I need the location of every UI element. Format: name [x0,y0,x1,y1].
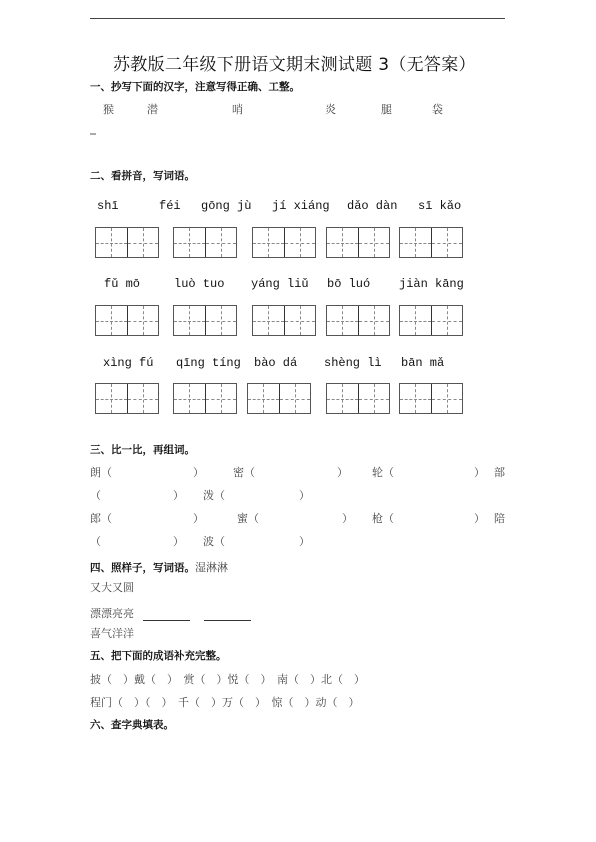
section-3-heading: 三、比一比，再组词。 [90,442,195,457]
compare-item: 朗（ [90,464,112,480]
answer-blank[interactable]: ） [173,533,184,549]
pinyin-label: xìng fú [103,356,153,370]
copy-char: 炎 [325,101,336,117]
pattern-word: 漂漂亮亮 [90,607,134,620]
section-1-heading: 一、抄写下面的汉字，注意写得正确、工整。 [90,79,300,94]
pinyin-label: bō luó [327,277,370,291]
answer-blank[interactable]: ） [337,464,348,480]
compare-item: 泼（ [203,487,225,503]
pattern-row: 漂漂亮亮 [90,602,251,621]
section-6-heading: 六、查字典填表。 [90,717,174,732]
header-rule [90,18,505,19]
pinyin-label: sī kǎo [418,199,461,213]
pinyin-label: bān mǎ [401,356,444,370]
answer-line[interactable] [143,609,190,621]
answer-blank[interactable]: ） [474,510,485,526]
compare-item: 密（ [233,464,255,480]
pattern-word: 又大又圆 [90,579,134,595]
writing-grid[interactable] [173,305,237,336]
answer-blank[interactable]: （ [90,533,101,549]
pinyin-label: féi [159,199,181,213]
page-title: 苏教版二年级下册语文期末测试题 3（无答案） [113,50,476,75]
section-2-heading: 二、看拼音，写词语。 [90,168,195,183]
answer-blank[interactable]: ） [193,510,204,526]
copy-char: 腿 [381,101,392,117]
writing-grid[interactable] [173,227,237,258]
pinyin-label: dǎo dàn [347,199,397,213]
writing-grid[interactable] [252,305,316,336]
pinyin-label: jí xiáng [272,199,330,213]
pinyin-label: gōng jù [201,199,251,213]
idiom-line[interactable]: 披（ ）戴（ ） 赏（ ）悦（ ） 南（ ）北（ ） [90,671,365,687]
compare-item: 轮（ [372,464,394,480]
pinyin-label: jiàn kāng [399,277,464,291]
idiom-line[interactable]: 程门（ ）（ ） 千（ ）万（ ） 惊（ ）动（ ） [90,694,360,710]
pinyin-label: luò tuo [174,277,224,291]
writing-grid[interactable] [399,383,463,414]
writing-grid[interactable] [399,305,463,336]
answer-blank[interactable]: ） [299,487,310,503]
pinyin-label: yáng liǔ [251,277,309,291]
section-4-heading: 四、照样子，写词语。 [90,562,195,574]
writing-mark [90,133,96,135]
example-word: 湿淋淋 [195,561,228,574]
pattern-word: 喜气洋洋 [90,625,134,641]
pinyin-label: qīng tíng [176,356,241,370]
copy-char: 猴 [103,101,114,117]
writing-grid[interactable] [326,383,390,414]
writing-grid[interactable] [95,305,159,336]
compare-item: 郎（ [90,510,112,526]
pinyin-label: shī [97,199,119,213]
pinyin-label: fǔ mō [104,277,140,291]
section-4-heading-row: 四、照样子，写词语。湿淋淋 [90,556,228,575]
writing-grid[interactable] [399,227,463,258]
compare-item: 蜜（ [237,510,259,526]
writing-grid[interactable] [247,383,311,414]
writing-grid[interactable] [326,227,390,258]
compare-item: 部 [494,464,505,480]
answer-blank[interactable]: ） [299,533,310,549]
writing-grid[interactable] [95,227,159,258]
copy-char: 潜 [147,101,158,117]
writing-grid[interactable] [252,227,316,258]
compare-item: 波（ [203,533,225,549]
answer-blank[interactable]: （ [90,487,101,503]
writing-grid[interactable] [326,305,390,336]
pinyin-label: bào dá [254,356,297,370]
answer-blank[interactable]: ） [193,464,204,480]
copy-char: 哨 [232,101,243,117]
writing-grid[interactable] [173,383,237,414]
copy-char: 袋 [432,101,443,117]
answer-line[interactable] [204,609,251,621]
answer-blank[interactable]: ） [474,464,485,480]
answer-blank[interactable]: ） [173,487,184,503]
answer-blank[interactable]: ） [342,510,353,526]
section-5-heading: 五、把下面的成语补充完整。 [90,648,227,663]
writing-grid[interactable] [95,383,159,414]
compare-item: 枪（ [372,510,394,526]
compare-item: 陪 [494,510,505,526]
pinyin-label: shèng lì [324,356,382,370]
